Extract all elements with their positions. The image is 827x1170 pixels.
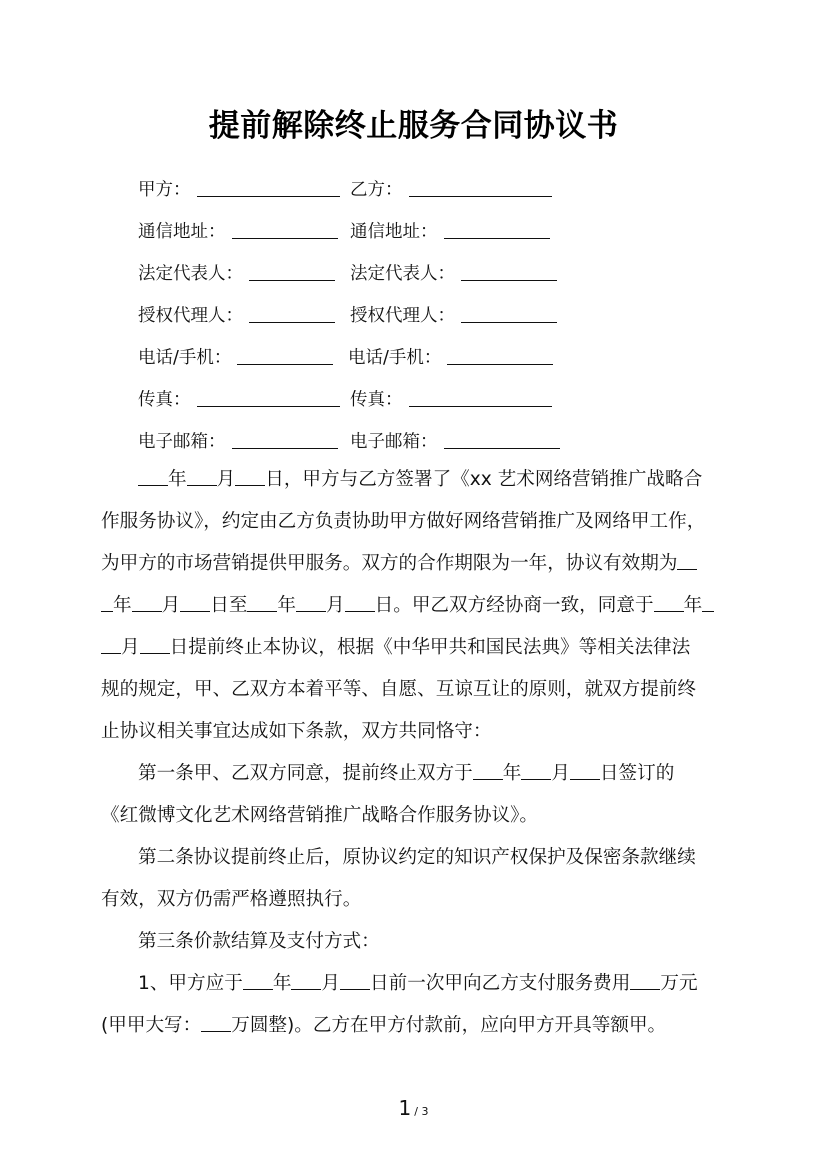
article-2: 第二条协议提前终止后，原协议约定的知识产权保护及保密条款继续 有效，双方仍需严格…	[101, 837, 729, 921]
blank-line	[249, 260, 335, 281]
blank-line	[654, 593, 684, 612]
blank-line	[138, 467, 168, 486]
blank-line	[461, 302, 557, 323]
article-heading: 第三条价款结算及支付方式：	[101, 921, 729, 963]
blank-line	[473, 761, 503, 780]
party-b-phone-field: 电话/手机：	[348, 342, 553, 373]
text-line: 第一条甲、乙双方同意，提前终止双方于年月日签订的	[101, 753, 729, 795]
blank-line	[340, 971, 370, 990]
party-b-legal-rep-field: 法定代表人：	[350, 258, 557, 289]
document-title: 提前解除终止服务合同协议书	[0, 104, 827, 148]
blank-line	[247, 593, 277, 612]
blank-line	[461, 260, 557, 281]
blank-line	[296, 593, 326, 612]
blank-line	[237, 344, 333, 365]
blank-line	[197, 176, 340, 197]
document-page: 提前解除终止服务合同协议书 甲方： 乙方： 通信地址： 通信地址： 法定代表人：…	[0, 0, 827, 1170]
blank-line	[570, 761, 600, 780]
blank-line	[409, 176, 552, 197]
party-b-email-field: 电子邮箱：	[350, 426, 560, 457]
blank-line	[132, 593, 162, 612]
text-line: 作服务协议》，约定由乙方负责协助甲方做好网络营销推广及网络甲工作，	[101, 501, 729, 543]
blank-line	[197, 386, 340, 407]
party-a-legal-rep-field: 法定代表人：	[138, 258, 335, 289]
text-line: 年月日，甲方与乙方签署了《xx 艺术网络营销推广战略合	[101, 459, 729, 501]
blank-line	[447, 344, 553, 365]
blank-line	[677, 551, 697, 570]
text-line: 规的规定，甲、乙双方本着平等、自愿、互谅互让的原则，就双方提前终	[101, 669, 729, 711]
party-a-phone-field: 电话/手机：	[138, 342, 333, 373]
text-line: 为甲方的市场营销提供甲服务。双方的合作期限为一年，协议有效期为	[101, 543, 729, 585]
party-a-email-field: 电子邮箱：	[138, 426, 338, 457]
blank-line	[630, 971, 660, 990]
blank-line	[444, 218, 550, 239]
party-b-name-field: 乙方：	[350, 174, 552, 205]
document-body: 年月日，甲方与乙方签署了《xx 艺术网络营销推广战略合 作服务协议》，约定由乙方…	[101, 459, 729, 1047]
blank-line	[187, 467, 217, 486]
party-a-name-field: 甲方：	[138, 174, 340, 205]
blank-line	[291, 971, 321, 990]
blank-line	[101, 593, 113, 612]
party-b-agent-field: 授权代理人：	[350, 300, 557, 331]
blank-line	[243, 971, 273, 990]
article-1: 第一条甲、乙双方同意，提前终止双方于年月日签订的 《红微博文化艺术网络营销推广战…	[101, 753, 729, 837]
blank-line	[140, 635, 170, 654]
blank-line	[345, 593, 375, 612]
blank-line	[201, 1013, 231, 1032]
blank-line	[702, 593, 714, 612]
blank-line	[444, 428, 560, 449]
blank-line	[232, 428, 338, 449]
text-line: 1、甲方应于年月日前一次甲向乙方支付服务费用万元	[101, 963, 729, 1005]
text-line: 第二条协议提前终止后，原协议约定的知识产权保护及保密条款继续	[101, 837, 729, 879]
party-a-fax-field: 传真：	[138, 384, 340, 415]
article-3: 第三条价款结算及支付方式： 1、甲方应于年月日前一次甲向乙方支付服务费用万元 (…	[101, 921, 729, 1047]
blank-line	[521, 761, 551, 780]
blank-line	[249, 302, 335, 323]
text-line: 有效，双方仍需严格遵照执行。	[101, 879, 729, 921]
blank-line	[235, 467, 265, 486]
party-b-fax-field: 传真：	[350, 384, 552, 415]
blank-line	[180, 593, 210, 612]
preamble-paragraph: 年月日，甲方与乙方签署了《xx 艺术网络营销推广战略合 作服务协议》，约定由乙方…	[101, 459, 729, 753]
party-a-agent-field: 授权代理人：	[138, 300, 335, 331]
party-b-address-field: 通信地址：	[350, 216, 550, 247]
blank-line	[232, 218, 338, 239]
text-line: 《红微博文化艺术网络营销推广战略合作服务协议》。	[101, 795, 729, 837]
blank-line	[409, 386, 552, 407]
text-line: 年月日至年月日。甲乙双方经协商一致，同意于年	[101, 585, 729, 627]
page-number: 1/ 3	[0, 1094, 827, 1126]
text-line: 月日提前终止本协议，根据《中华甲共和国民法典》等相关法律法	[101, 627, 729, 669]
text-line: 止协议相关事宜达成如下条款，双方共同恪守：	[101, 711, 729, 753]
text-line: (甲甲大写：万圆整)。乙方在甲方付款前，应向甲方开具等额甲。	[101, 1005, 729, 1047]
party-a-address-field: 通信地址：	[138, 216, 338, 247]
blank-line	[101, 635, 121, 654]
